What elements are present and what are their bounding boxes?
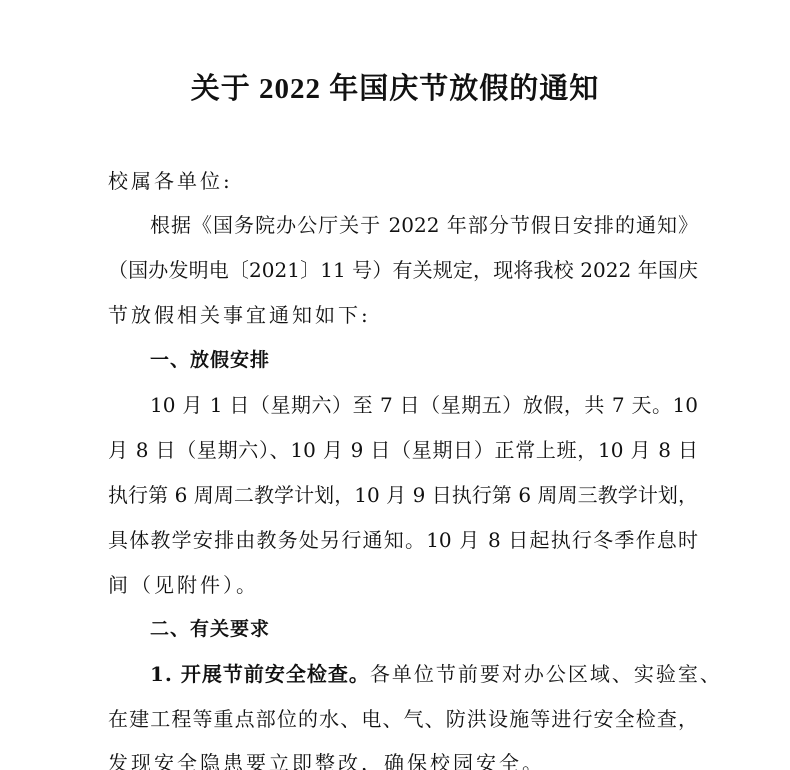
section1-line-4: 具体教学安排由教务处另行通知。10 月 8 日起执行冬季作息时: [108, 525, 698, 555]
document-title: 关于 2022 年国庆节放假的通知: [0, 66, 790, 107]
intro-line-2: （国办发明电〔2021〕11 号）有关规定，现将我校 2022 年国庆: [108, 255, 698, 285]
item-lead: 1. 开展节前安全检查。: [150, 662, 370, 686]
intro-line-1: 根据《国务院办公厅关于 2022 年部分节假日安排的通知》: [150, 210, 698, 240]
section1-line-2: 月 8 日（星期六）、10 月 9 日（星期日）正常上班，10 月 8 日: [108, 435, 698, 465]
section1-line-1: 10 月 1 日（星期六）至 7 日（星期五）放假，共 7 天。10: [150, 390, 698, 420]
section2-item1-line-1: 1. 开展节前安全检查。各单位节前要对办公区域、实验室、: [150, 659, 698, 689]
salutation: 校属各单位:: [108, 166, 698, 196]
intro-line-3: 节放假相关事宜通知如下:: [108, 300, 698, 330]
section2-item1-line-2: 在建工程等重点部位的水、电、气、防洪设施等进行安全检查，: [108, 704, 698, 734]
section-heading-1: 一、放假安排: [150, 345, 740, 375]
section2-item1-line-3: 发现安全隐患要立即整改，确保校园安全。: [108, 748, 698, 770]
section1-line-5: 间（见附件）。: [108, 570, 698, 600]
section1-line-3: 执行第 6 周周二教学计划，10 月 9 日执行第 6 周周三教学计划，: [108, 480, 698, 510]
section-heading-2: 二、有关要求: [150, 614, 740, 644]
document-page: 关于 2022 年国庆节放假的通知 校属各单位: 根据《国务院办公厅关于 202…: [0, 0, 790, 770]
item-text: 各单位节前要对办公区域、实验室、: [370, 662, 722, 686]
